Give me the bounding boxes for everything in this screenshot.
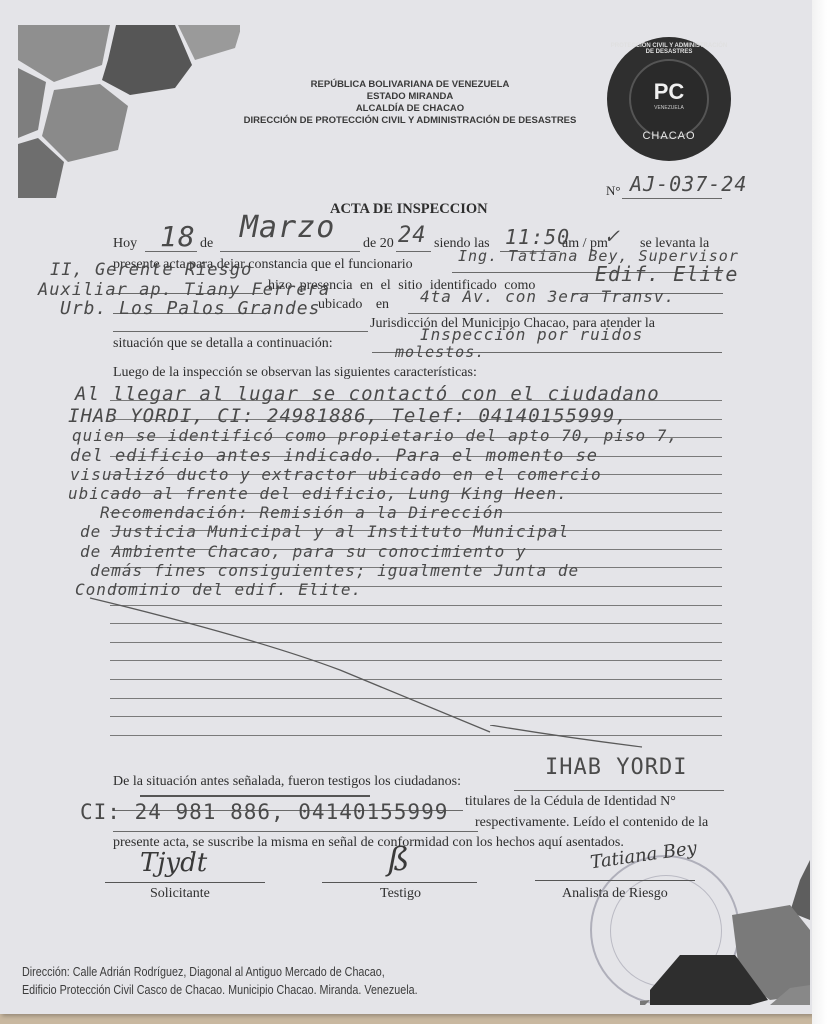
day-value: 18 — [160, 220, 196, 253]
observations-label: Luego de la inspección se observan las s… — [113, 365, 477, 381]
header-line-department: DIRECCIÓN DE PROTECCIÓN CIVIL Y ADMINIST… — [200, 115, 620, 127]
hexagon-decoration-bottom — [640, 860, 815, 1010]
line6-text: situación que se detalla a continuación: — [113, 336, 333, 352]
footer-line-2: Edificio Protección Civil Casco de Chaca… — [22, 981, 624, 999]
pm-check-mark: ✓ — [605, 224, 619, 249]
funcionario-role-hand: II, Gerente Riesgo — [50, 260, 252, 280]
time-value: 11:50 — [505, 225, 570, 249]
document-title: ACTA DE INSPECCION — [330, 201, 488, 218]
observation-line: Al llegar al lugar se contactó con el ci… — [75, 383, 660, 405]
diagonal-strike-line — [80, 590, 500, 750]
urbanizacion-hand: Urb. Los Palos Grandes — [60, 298, 320, 319]
footer-line-1: Dirección: Calle Adrián Rodríguez, Diago… — [22, 963, 624, 981]
observation-line: Recomendación: Remisión a la Dirección — [100, 503, 504, 522]
testigo-signature: ß — [388, 840, 409, 878]
cedula-label: titulares de la Cédula de Identidad N° — [465, 794, 676, 810]
de-label: de — [200, 236, 213, 252]
seal-initials: PC — [631, 79, 707, 105]
observation-line: quien se identificó como propietario del… — [72, 426, 678, 445]
observation-line: del edificio antes indicado. Para el mom… — [70, 446, 598, 466]
witnesses-label: De la situación antes señalada, fueron t… — [113, 774, 461, 790]
number-label: N° — [606, 183, 621, 199]
observation-line: demás fines consiguientes; igualmente Ju… — [90, 561, 579, 580]
observation-line: ubicado al frente del edificio, Lung Kin… — [68, 484, 568, 503]
seal-subtitle: VENEZUELA — [631, 105, 707, 111]
seal-ring-text: PROTECCIÓN CIVIL Y ADMINISTRACIÓN DE DES… — [607, 43, 731, 55]
solicitante-signature: Tjydt — [140, 848, 207, 878]
year-prefix: de 20 — [363, 236, 394, 252]
observation-line: IHAB YORDI, CI: 24981886, Telef: 0414015… — [68, 405, 628, 427]
observation-line: de Justicia Municipal y al Instituto Mun… — [80, 522, 569, 541]
document-number: AJ-037-24 — [630, 172, 747, 196]
seal-bottom-text: CHACAO — [607, 130, 731, 142]
hoy-label: Hoy — [113, 236, 137, 252]
respectivamente-text: respectivamente. Leído el contenido de l… — [475, 815, 708, 831]
protection-civil-seal-icon: PROTECCIÓN CIVIL Y ADMINISTRACIÓN DE DES… — [607, 37, 731, 161]
footer-address: Dirección: Calle Adrián Rodríguez, Diago… — [22, 963, 624, 999]
cedula-value: CI: 24 981 886, 04140155999 — [80, 800, 448, 824]
header-line-country: REPÚBLICA BOLIVARIANA DE VENEZUELA — [200, 79, 620, 91]
header-block: REPÚBLICA BOLIVARIANA DE VENEZUELA ESTAD… — [200, 79, 620, 127]
diagonal-strike-line-end — [490, 725, 650, 750]
header-line-state: ESTADO MIRANDA — [200, 91, 620, 103]
line4-text: ubicado en — [318, 297, 389, 313]
observation-line: visualizó ducto y extractor ubicado en e… — [70, 465, 602, 484]
testigo-label: Testigo — [380, 886, 421, 902]
solicitante-label: Solicitante — [150, 886, 210, 902]
witness-name: IHAB YORDI — [545, 755, 687, 780]
auxiliar-hand: Auxiliar ap. Tiany Ferrera — [38, 280, 330, 300]
ubicacion-value: 4ta Av. con 3era Transv. — [420, 287, 675, 306]
header-line-municipality: ALCALDÍA DE CHACAO — [200, 103, 620, 115]
sitio-value: Edif. Elite — [595, 262, 738, 286]
situacion-value-1: Inspección por ruidos — [420, 325, 643, 344]
observation-line: de Ambiente Chacao, para su conocimiento… — [80, 542, 527, 561]
month-value: Marzo — [240, 210, 335, 245]
situacion-value-2: molestos. — [395, 343, 485, 361]
year-suffix: 24 — [398, 223, 427, 248]
